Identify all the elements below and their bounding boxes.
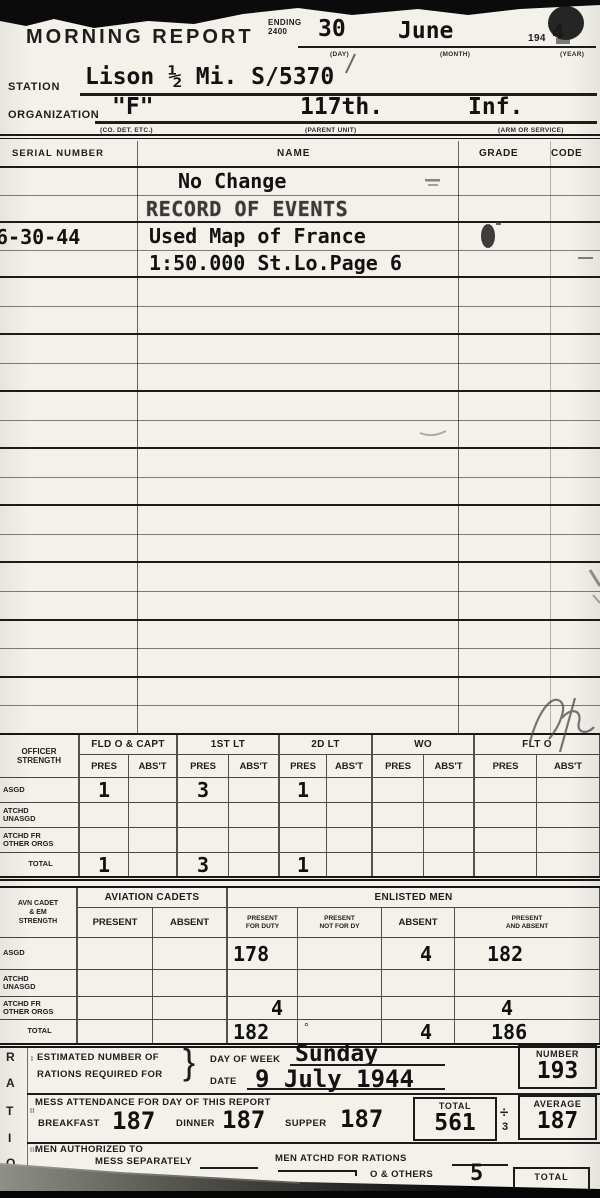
date-label: DATE xyxy=(210,1076,237,1087)
officer-cell xyxy=(475,778,537,803)
roster-row xyxy=(0,678,600,707)
em-subheader: ABSENT xyxy=(382,908,455,938)
cadet-cell: 4 xyxy=(382,1020,455,1043)
day-caption: (DAY) xyxy=(330,51,349,58)
roster-row xyxy=(0,278,600,307)
cadet-cell xyxy=(78,938,153,970)
officer-cell: 1 xyxy=(280,778,327,803)
year-value: 4 xyxy=(552,20,564,44)
dinner-label: DINNER xyxy=(176,1118,215,1129)
officer-cell xyxy=(327,853,373,876)
officer-cell: 3 xyxy=(178,853,229,876)
cadet-cell xyxy=(153,1020,228,1043)
em-subheader: PRESENT AND ABSENT xyxy=(455,908,600,938)
cadet-cell xyxy=(78,997,153,1020)
officer-cell xyxy=(280,803,327,828)
breakfast-label: BREAKFAST xyxy=(38,1118,100,1129)
officer-cell xyxy=(424,853,475,876)
officer-cell: 3 xyxy=(178,778,229,803)
officer-subheader-pres: PRES xyxy=(373,755,424,778)
roster-row xyxy=(0,506,600,535)
cadet-cell: 4 xyxy=(228,997,298,1020)
officer-cell xyxy=(178,803,229,828)
supper-label: SUPPER xyxy=(285,1118,326,1129)
roster-column-divider xyxy=(458,141,459,735)
roster-row xyxy=(0,563,600,592)
cadet-cell xyxy=(78,1020,153,1043)
men-authorized-line1: MEN AUTHORIZED TO xyxy=(35,1144,143,1155)
estimated-rations-line1: ESTIMATED NUMBER OF xyxy=(37,1052,159,1063)
cadet-cell: 182 xyxy=(228,1020,298,1043)
officer-row-label: ATCHD UNASGD xyxy=(0,803,80,828)
cadet-cell xyxy=(78,970,153,997)
mess-separately-blank xyxy=(200,1167,258,1169)
estimated-rations-line2: RATIONS REQUIRED FOR xyxy=(37,1069,163,1080)
roster-header-row: SERIAL NUMBER NAME GRADE CODE xyxy=(0,141,600,168)
officer-cell xyxy=(424,778,475,803)
org-caption-co: (CO. DET. ETC.) xyxy=(100,127,153,134)
officer-cell xyxy=(80,803,129,828)
organization-underline xyxy=(95,121,597,124)
officer-cell xyxy=(424,828,475,853)
day-of-week-label: DAY OF WEEK xyxy=(210,1054,280,1065)
cadet-row-label: ASGD xyxy=(0,938,78,970)
cadet-row-label: ATCHD FR OTHER ORGS xyxy=(0,997,78,1020)
officer-subheader-pres: PRES xyxy=(178,755,229,778)
ending-label: ENDING xyxy=(268,18,302,27)
officer-cell xyxy=(475,828,537,853)
cadet-cell xyxy=(153,970,228,997)
officer-subheader-abst: ABS'T xyxy=(229,755,280,778)
bracket-mark xyxy=(278,1170,357,1176)
cadet-em-strength-table: AVN CADET & EM STRENGTH AVIATION CADETS … xyxy=(0,886,600,1048)
officer-cell xyxy=(229,853,280,876)
officer-cell xyxy=(327,803,373,828)
cadet-cell xyxy=(153,938,228,970)
org-caption-arm: (ARM OR SERVICE) xyxy=(498,127,564,134)
officer-cell xyxy=(178,828,229,853)
officer-row-label: ATCHD FR OTHER ORGS xyxy=(0,828,80,853)
officer-cell: 1 xyxy=(80,853,129,876)
officer-cell xyxy=(424,803,475,828)
officer-cell xyxy=(280,828,327,853)
top-edge-blob xyxy=(140,3,220,21)
officer-subheader-pres: PRES xyxy=(475,755,537,778)
section-numeral: I xyxy=(31,1056,33,1063)
date-day-value: 30 xyxy=(318,16,346,42)
officer-cell xyxy=(229,778,280,803)
record-of-events-heading: RECORD OF EVENTS xyxy=(146,197,348,221)
officer-group-header: WO xyxy=(373,735,475,755)
date-month-value: June xyxy=(398,18,453,44)
officer-cell: 1 xyxy=(280,853,327,876)
roster-row xyxy=(0,706,600,735)
officer-cell xyxy=(129,778,178,803)
org-service-value: Inf. xyxy=(468,94,523,120)
org-parent-value: 117th. xyxy=(300,94,383,120)
bottom-total-box: TOTAL xyxy=(513,1167,590,1191)
roster-entry-name: Used Map of France xyxy=(149,224,366,248)
officer-subheader-pres: PRES xyxy=(280,755,327,778)
roster-column-divider xyxy=(137,141,138,735)
roster-row xyxy=(0,649,600,678)
cadet-cell xyxy=(298,970,382,997)
number-box: NUMBER 193 xyxy=(518,1045,597,1089)
officer-cell xyxy=(537,853,600,876)
officer-subheader-abst: ABS'T xyxy=(129,755,178,778)
officer-subheader-pres: PRES xyxy=(80,755,129,778)
officer-group-header: FLD O & CAPT xyxy=(80,735,178,755)
officer-cell xyxy=(475,853,537,876)
rations-rail-letter: R xyxy=(6,1050,15,1064)
ending-time-label: 2400 xyxy=(268,27,287,36)
aviation-cadets-group-header: AVIATION CADETS xyxy=(78,888,228,908)
company-label: COMPANY xyxy=(26,3,129,23)
officer-cell xyxy=(373,778,424,803)
cadet-row-label: TOTAL xyxy=(0,1020,78,1043)
number-box-value: 193 xyxy=(520,1059,595,1083)
officer-cell xyxy=(129,828,178,853)
officer-cell xyxy=(229,828,280,853)
officer-row-label: TOTAL xyxy=(0,853,80,876)
cadet-cell: 4 xyxy=(382,938,455,970)
officer-cell xyxy=(373,853,424,876)
station-value: Lison ½ Mi. S/5370 xyxy=(85,64,334,90)
bottom-total-label: TOTAL xyxy=(515,1172,588,1182)
rations-rail-letter: O xyxy=(6,1156,15,1170)
men-atchd-rations-label: MEN ATCHD FOR RATIONS xyxy=(275,1153,407,1164)
officer-subheader-abst: ABS'T xyxy=(537,755,600,778)
roster-header-name: NAME xyxy=(277,148,310,159)
section-numeral: II xyxy=(30,1108,35,1115)
cadet-subheader: PRESENT xyxy=(78,908,153,938)
roster-row xyxy=(0,168,600,196)
o-and-others-value: 5 xyxy=(470,1161,483,1186)
officer-subheader-abst: ABS'T xyxy=(424,755,475,778)
rations-rail-letter: I xyxy=(8,1131,11,1145)
officer-cell xyxy=(229,803,280,828)
roster-column-divider xyxy=(550,141,551,735)
roster-row xyxy=(0,421,600,450)
cadet-cell: 186 xyxy=(455,1020,600,1043)
roster-entry-name: No Change xyxy=(178,169,286,193)
o-and-others-label: O & OTHERS xyxy=(370,1169,433,1180)
officer-group-header: 2D LT xyxy=(280,735,373,755)
cadet-row-label: ATCHD UNASGD xyxy=(0,970,78,997)
officer-cell xyxy=(327,778,373,803)
cadet-cell xyxy=(298,938,382,970)
roster-entry-name: 1:50.000 St.Lo.Page 6 xyxy=(149,251,402,275)
officer-table-corner-label: OFFICER STRENGTH xyxy=(0,735,80,778)
report-title: MORNING REPORT xyxy=(26,26,254,49)
roster-row xyxy=(0,592,600,621)
officer-cell xyxy=(80,828,129,853)
organization-label: ORGANIZATION xyxy=(8,109,99,121)
cadet-cell: ° xyxy=(298,1020,382,1043)
month-caption: (MONTH) xyxy=(440,51,470,58)
em-subheader: PRESENT NOT FOR DY xyxy=(298,908,382,938)
rations-section: R A T I O I II III ESTIMATED NUMBER OF R… xyxy=(0,1048,600,1198)
cadet-cell: 4 xyxy=(455,997,600,1020)
officer-strength-table: OFFICER STRENGTH FLD O & CAPT 1ST LT 2D … xyxy=(0,733,600,881)
rations-rail-divider xyxy=(27,1048,28,1172)
supper-value: 187 xyxy=(340,1105,383,1133)
cadet-cell: 178 xyxy=(228,938,298,970)
rations-rail-letter: T xyxy=(6,1104,13,1118)
cadet-subheader: ABSENT xyxy=(153,908,228,938)
cadet-cell xyxy=(382,997,455,1020)
org-company-value: "F" xyxy=(112,94,154,120)
average-box: AVERAGE 187 xyxy=(518,1095,597,1140)
cadet-cell xyxy=(298,997,382,1020)
roster-row xyxy=(0,535,600,564)
rations-date-underline xyxy=(247,1088,445,1090)
roster-entry-date: 6-30-44 xyxy=(0,225,80,249)
roster-row xyxy=(0,621,600,650)
roster-header-serial: SERIAL NUMBER xyxy=(12,148,104,159)
brace-glyph: } xyxy=(183,1041,195,1083)
roster-header-grade: GRADE xyxy=(479,148,518,159)
cadet-table-corner-label: AVN CADET & EM STRENGTH xyxy=(0,888,78,938)
station-label: STATION xyxy=(8,81,60,93)
cadet-cell xyxy=(455,970,600,997)
officer-cell xyxy=(373,803,424,828)
roster-row xyxy=(0,392,600,421)
date-underline xyxy=(298,46,596,48)
roster-row xyxy=(0,449,600,478)
cadet-cell xyxy=(228,970,298,997)
officer-cell xyxy=(129,853,178,876)
divisor-value: 3 xyxy=(502,1121,509,1133)
roster-row xyxy=(0,364,600,393)
officer-cell xyxy=(475,803,537,828)
officer-cell xyxy=(327,828,373,853)
officer-cell xyxy=(537,778,600,803)
cadet-cell xyxy=(153,997,228,1020)
mess-total-value: 561 xyxy=(415,1111,495,1135)
org-caption-parent: (PARENT UNIT) xyxy=(305,127,356,134)
year-caption: (YEAR) xyxy=(560,51,584,58)
morning-report-form: COMPANY MORNING REPORT ENDING 2400 30 Ju… xyxy=(0,0,600,1198)
average-box-value: 187 xyxy=(520,1109,595,1133)
men-authorized-line2: MESS SEPARATELY xyxy=(95,1156,192,1167)
roster-row xyxy=(0,307,600,336)
enlisted-men-group-header: ENLISTED MEN xyxy=(228,888,600,908)
header-double-rule xyxy=(0,134,600,139)
mess-total-box: TOTAL 561 xyxy=(413,1097,497,1141)
divide-symbol: ÷ xyxy=(500,1104,509,1121)
officer-row-label: ASGD xyxy=(0,778,80,803)
officer-cell xyxy=(373,828,424,853)
officer-group-header: FLT O xyxy=(475,735,600,755)
em-subheader: PRESENT FOR DUTY xyxy=(228,908,298,938)
officer-cell xyxy=(537,828,600,853)
year-prefix-label: 194 xyxy=(528,33,546,44)
roster-row xyxy=(0,478,600,507)
officer-cell xyxy=(129,803,178,828)
breakfast-value: 187 xyxy=(112,1107,155,1135)
roster-header-code: CODE xyxy=(551,148,582,159)
dinner-value: 187 xyxy=(222,1106,265,1134)
officer-group-header: 1ST LT xyxy=(178,735,280,755)
cadet-cell: 182 xyxy=(455,938,600,970)
officer-cell: 1 xyxy=(80,778,129,803)
officer-subheader-abst: ABS'T xyxy=(327,755,373,778)
roster-row xyxy=(0,335,600,364)
officer-cell xyxy=(537,803,600,828)
section-divider xyxy=(27,1093,600,1095)
rations-rail-letter: A xyxy=(6,1076,15,1090)
cadet-cell xyxy=(382,970,455,997)
